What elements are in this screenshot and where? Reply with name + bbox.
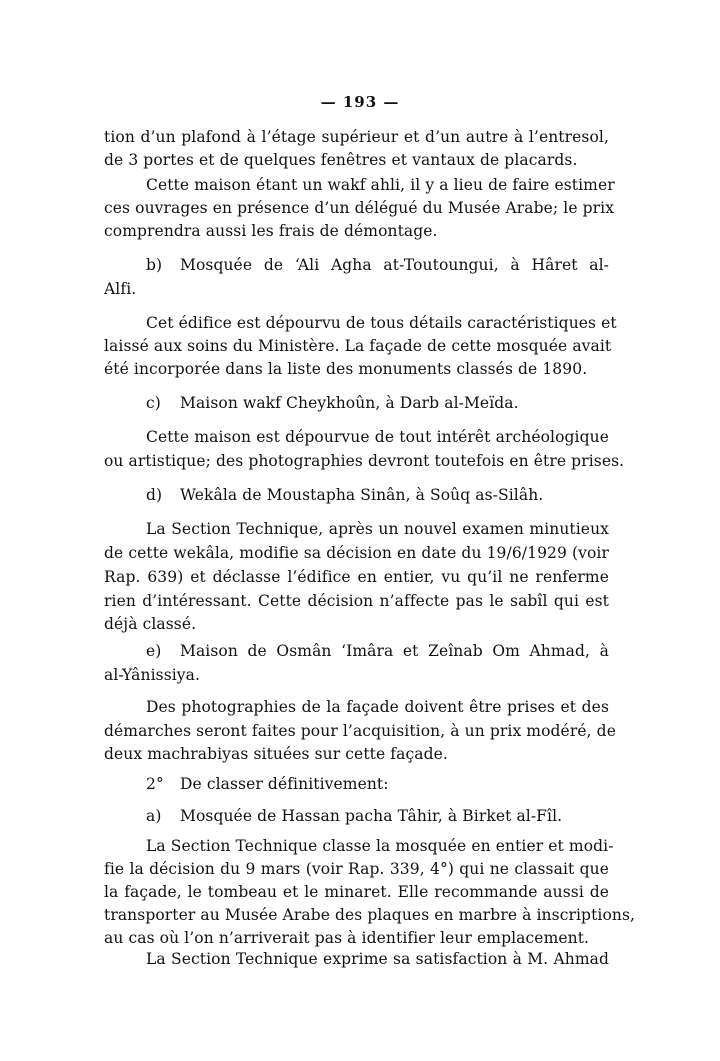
text-line: de 3 portes et de quelques fenêtres et v… (104, 150, 609, 170)
text-line: al-Yânissiya. (104, 665, 609, 685)
list-item-title: Wekâla de Moustapha Sinân, à Soûq as-Sil… (180, 486, 543, 504)
list-item-title: De classer définitivement: (180, 775, 389, 793)
text-line: été incorporée dans la liste des monumen… (104, 359, 609, 379)
list-item-marker: e) (146, 641, 180, 661)
list-item-heading: d)Wekâla de Moustapha Sinân, à Soûq as-S… (146, 485, 609, 505)
text-line: Cette maison étant un wakf ahli, il y a … (146, 175, 609, 195)
text-line: La Section Technique classe la mosquée e… (146, 836, 609, 856)
list-item-marker: 2° (146, 774, 180, 794)
list-item-title: Maison wakf Cheykhoûn, à Darb al-Meïda. (180, 394, 519, 412)
text-line: tion d’un plafond à l’étage supérieur et… (104, 127, 609, 147)
list-item-title: Maison de Osmân ‘Imâra et Zeînab Om Ahma… (180, 642, 609, 660)
list-item-heading: b)Mosquée de ‘Ali Agha at-Toutoungui, à … (146, 255, 609, 275)
list-item-marker: b) (146, 255, 180, 275)
text-line: laissé aux soins du Ministère. La façade… (104, 336, 609, 356)
list-item-marker: a) (146, 806, 180, 826)
text-line: ces ouvrages en présence d’un délégué du… (104, 198, 609, 218)
list-item-title: Mosquée de Hassan pacha Tâhir, à Birket … (180, 807, 562, 825)
text-line: ou artistique; des photographies devront… (104, 451, 609, 471)
list-item-title: Mosquée de ‘Ali Agha at-Toutoungui, à Hâ… (180, 256, 609, 274)
text-line: Alfi. (104, 279, 609, 299)
text-line: Cette maison est dépourvue de tout intér… (146, 427, 609, 447)
text-line: Cet édifice est dépourvu de tous détails… (146, 313, 609, 333)
list-item-marker: d) (146, 485, 180, 505)
list-item-heading: e)Maison de Osmân ‘Imâra et Zeînab Om Ah… (146, 641, 609, 661)
text-line: déjà classé. (104, 614, 609, 634)
text-line: La Section Technique exprime sa satisfac… (146, 949, 609, 969)
list-item-heading: 2°De classer définitivement: (146, 774, 609, 794)
text-line: comprendra aussi les frais de démontage. (104, 221, 609, 241)
list-item-heading: a)Mosquée de Hassan pacha Tâhir, à Birke… (146, 806, 609, 826)
text-line: Rap. 639) et déclasse l’édifice en entie… (104, 567, 609, 587)
text-line: transporter au Musée Arabe des plaques e… (104, 905, 609, 925)
text-line: démarches seront faites pour l’acquisiti… (104, 721, 609, 741)
document-page: — 193 — tion d’un plafond à l’étage supé… (0, 0, 720, 1061)
text-line: de cette wekâla, modifie sa décision en … (104, 543, 609, 563)
page-number: — 193 — (0, 93, 720, 111)
list-item-heading: c)Maison wakf Cheykhoûn, à Darb al-Meïda… (146, 393, 609, 413)
text-line: Des photographies de la façade doivent ê… (146, 697, 609, 717)
text-line: la façade, le tombeau et le minaret. Ell… (104, 882, 609, 902)
list-item-marker: c) (146, 393, 180, 413)
text-line: La Section Technique, après un nouvel ex… (146, 519, 609, 539)
text-line: au cas où l’on n’arriverait pas à identi… (104, 928, 609, 948)
text-line: rien d’intéressant. Cette décision n’aff… (104, 591, 609, 611)
text-line: deux machrabiyas situées sur cette façad… (104, 744, 609, 764)
text-line: fie la décision du 9 mars (voir Rap. 339… (104, 859, 609, 879)
